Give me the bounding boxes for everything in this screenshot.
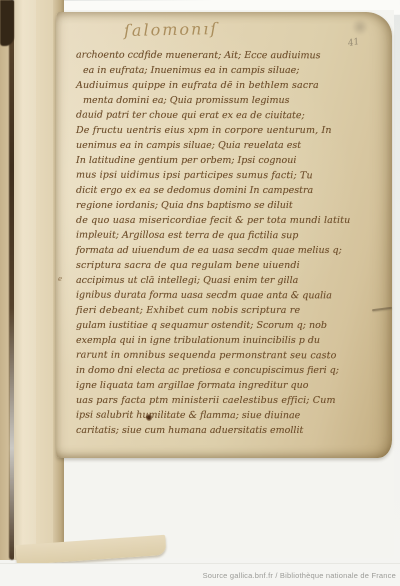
binding-corner-dark: [0, 0, 14, 46]
manuscript-text-line: rarunt in omnibus sequenda permonstrant …: [76, 348, 376, 364]
manuscript-photo: ſalomonıſ 41 e archoento ccdfide muenera…: [0, 0, 400, 563]
manuscript-text-line: uenimus ea in campis siluae; Quia reuela…: [76, 138, 376, 153]
manuscript-text-line: uas pars facta ptm ministerii caelestibu…: [76, 393, 376, 408]
manuscript-text-line: accipimus ut clā intellegi; Quasi enim t…: [76, 273, 376, 288]
source-caption-bar: Source gallica.bnf.fr / Bibliothèque nat…: [0, 563, 400, 586]
manuscript-text-line: De fructu uentris eius xpm in corpore ue…: [76, 123, 376, 138]
manuscript-text-line: formata ad uiuendum de ea uasa secdm qua…: [76, 243, 376, 258]
manuscript-text-line: ipsi salubrit humilitate & flamma; siue …: [76, 408, 376, 424]
parchment-leaf: ſalomonıſ 41 e archoento ccdfide muenera…: [56, 12, 392, 458]
manuscript-title: ſalomonıſ: [124, 19, 219, 40]
source-credit-text: Source gallica.bnf.fr / Bibliothèque nat…: [203, 571, 396, 580]
manuscript-text-line: fieri debeant; Exhibet cum nobis scriptu…: [76, 303, 376, 318]
manuscript-text-line: ignibus durata forma uasa secdm quae ant…: [76, 288, 376, 304]
manuscript-text-line: de quo uasa misericordiae fecit & per to…: [76, 213, 376, 228]
manuscript-text-line: regione iordanis; Quia dns baptismo se d…: [76, 198, 376, 213]
manuscript-text-line: in domo dni electa ac pretiosa e concupi…: [76, 363, 376, 378]
manuscript-text-line: dicit ergo ex ea se dedomus domini In ca…: [76, 183, 376, 198]
manuscript-text-line: gulam iustitiae q sequamur ostendit; Sco…: [76, 318, 376, 333]
margin-note: e: [58, 275, 62, 283]
manuscript-text-line: scriptura sacra de qua regulam bene uiue…: [76, 258, 376, 273]
manuscript-text-line: Audiuimus quippe in eufrata dē in bethle…: [76, 78, 376, 93]
book-gutter: [0, 0, 64, 560]
gallica-manuscript-scan: ſalomonıſ 41 e archoento ccdfide muenera…: [0, 0, 400, 586]
ink-spot: [146, 414, 152, 421]
manuscript-text-line: ea in eufrata; Inuenimus ea in campis si…: [76, 63, 376, 78]
manuscript-text-line: igne liquata tam argillae formata ingred…: [76, 378, 376, 393]
manuscript-text-line: mus ipsi uidimus ipsi participes sumus f…: [76, 168, 376, 184]
gutter-fold-strip: [14, 0, 36, 560]
manuscript-text-block: archoento ccdfide muenerant; Ait; Ecce a…: [76, 48, 376, 438]
manuscript-text-line: dauid patri ter choue qui erat ex ea de …: [76, 108, 376, 124]
corner-smudge: [352, 18, 368, 36]
manuscript-text-line: In latitudine gentium per orbem; Ipsi co…: [76, 153, 376, 168]
manuscript-text-line: archoento ccdfide muenerant; Ait; Ecce a…: [76, 48, 376, 64]
manuscript-text-line: caritatis; siue cum humana aduersitatis …: [76, 423, 376, 438]
gutter-fold-strip: [36, 0, 53, 560]
manuscript-text-line: menta domini ea; Quia promissum legimus: [76, 93, 376, 108]
manuscript-text-line: exempla qui in igne tribulationum inuinc…: [76, 333, 376, 348]
manuscript-text-line: impleuit; Argillosa est terra de qua fic…: [76, 228, 376, 244]
